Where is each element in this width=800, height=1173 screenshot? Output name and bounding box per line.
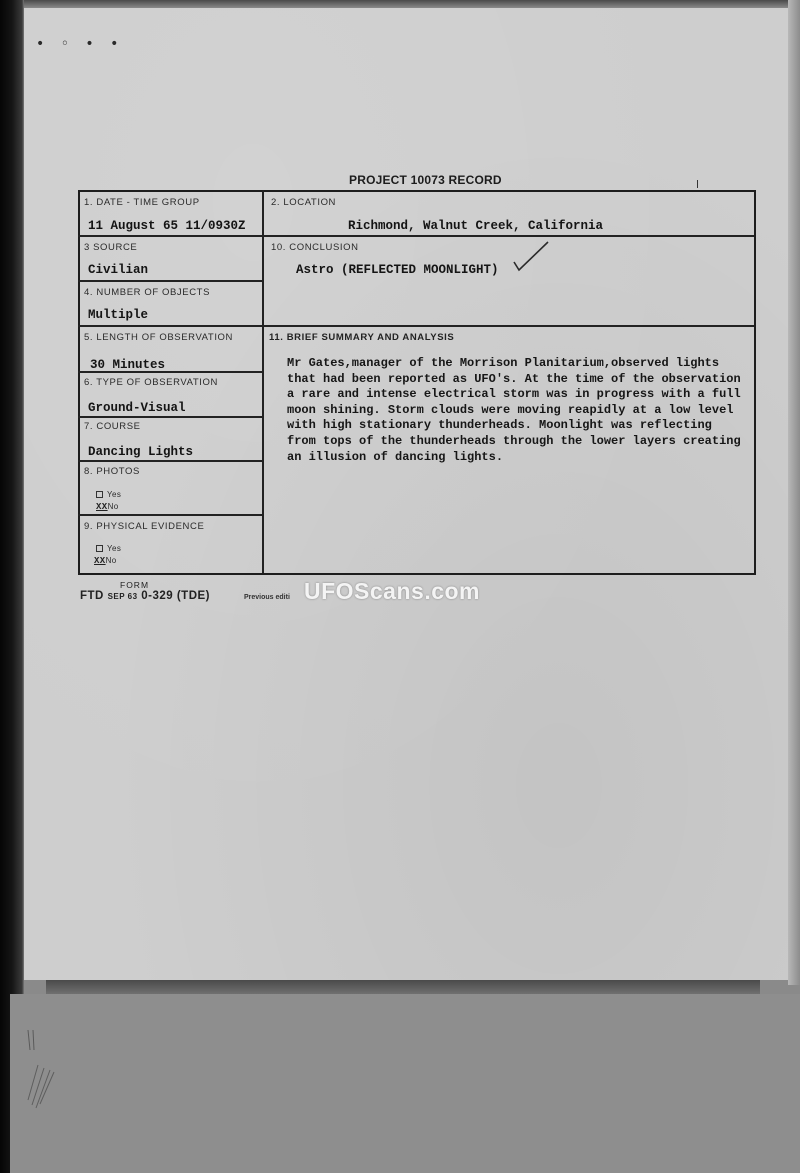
length-of-observation-value: 30 Minutes [90, 358, 165, 372]
type-of-observation-value: Ground-Visual [88, 401, 186, 415]
photos-yes-option: Yes [96, 490, 121, 499]
photos-no-option: XXNo [96, 502, 119, 512]
checkbox-icon [96, 545, 103, 552]
physical-evidence-no-option: XXNo [94, 556, 117, 566]
date-time-group-value: 11 August 65 11/0930Z [88, 219, 246, 233]
form-word: FORM [120, 580, 149, 590]
number-of-objects-label: 4. NUMBER OF OBJECTS [84, 287, 210, 298]
typed-x-mark: XX [96, 502, 108, 512]
summary-line: with high stationary thunderheads. Moonl… [287, 418, 800, 434]
row-divider [78, 235, 754, 237]
underlying-sheet [10, 994, 800, 1173]
watermark: UFOScans.com [304, 578, 480, 605]
course-value: Dancing Lights [88, 445, 193, 459]
previous-edition-note: Previous editi [244, 594, 290, 601]
row-divider [78, 280, 264, 282]
summary-line: that had been reported as UFO's. At the … [287, 372, 800, 388]
summary-line: from tops of the thunderheads through th… [287, 434, 800, 450]
length-of-observation-label: 5. LENGTH OF OBSERVATION [84, 332, 233, 343]
margin-marks: • ◦ • • [36, 36, 124, 52]
physical-evidence-yes-option: Yes [96, 544, 121, 553]
conclusion-label: 10. CONCLUSION [271, 242, 359, 253]
location-label: 2. LOCATION [271, 197, 336, 208]
location-value: Richmond, Walnut Creek, California [348, 219, 603, 233]
number-of-objects-value: Multiple [88, 308, 148, 322]
date-time-group-label: 1. DATE - TIME GROUP [84, 197, 200, 208]
row-divider [78, 460, 264, 462]
summary-line: an illusion of dancing lights. [287, 450, 800, 466]
conclusion-value: Astro (REFLECTED MOONLIGHT) [296, 263, 499, 277]
source-label: 3 SOURCE [84, 242, 137, 253]
record-form: 1. DATE - TIME GROUP 11 August 65 11/093… [78, 190, 754, 573]
document-title: PROJECT 10073 RECORD [349, 173, 502, 187]
form-code: FTD SEP 63 0-329 (TDE) [80, 590, 210, 602]
margin-tick [697, 180, 698, 188]
photos-label: 8. PHOTOS [84, 466, 140, 477]
typed-x-mark: XX [94, 556, 106, 566]
row-divider [78, 325, 754, 327]
checkbox-icon [96, 491, 103, 498]
summary-line: a rare and intense electrical storm was … [287, 387, 800, 403]
summary-line: Mr Gates,manager of the Morrison Planita… [287, 356, 800, 372]
row-divider [78, 514, 264, 516]
checkmark-icon [510, 240, 550, 276]
row-divider [78, 416, 264, 418]
page-shadow [46, 980, 760, 994]
summary-label: 11. BRIEF SUMMARY AND ANALYSIS [269, 332, 454, 343]
scan-right-edge [788, 0, 800, 985]
course-label: 7. COURSE [84, 421, 141, 432]
summary-line: moon shining. Storm clouds were moving r… [287, 403, 800, 419]
source-value: Civilian [88, 263, 148, 277]
type-of-observation-label: 6. TYPE OF OBSERVATION [84, 377, 218, 388]
summary-text: Mr Gates,manager of the Morrison Planita… [287, 356, 800, 465]
scratch-marks [24, 1020, 64, 1110]
scratch-icon [24, 1020, 64, 1110]
physical-evidence-label: 9. PHYSICAL EVIDENCE [84, 521, 204, 532]
